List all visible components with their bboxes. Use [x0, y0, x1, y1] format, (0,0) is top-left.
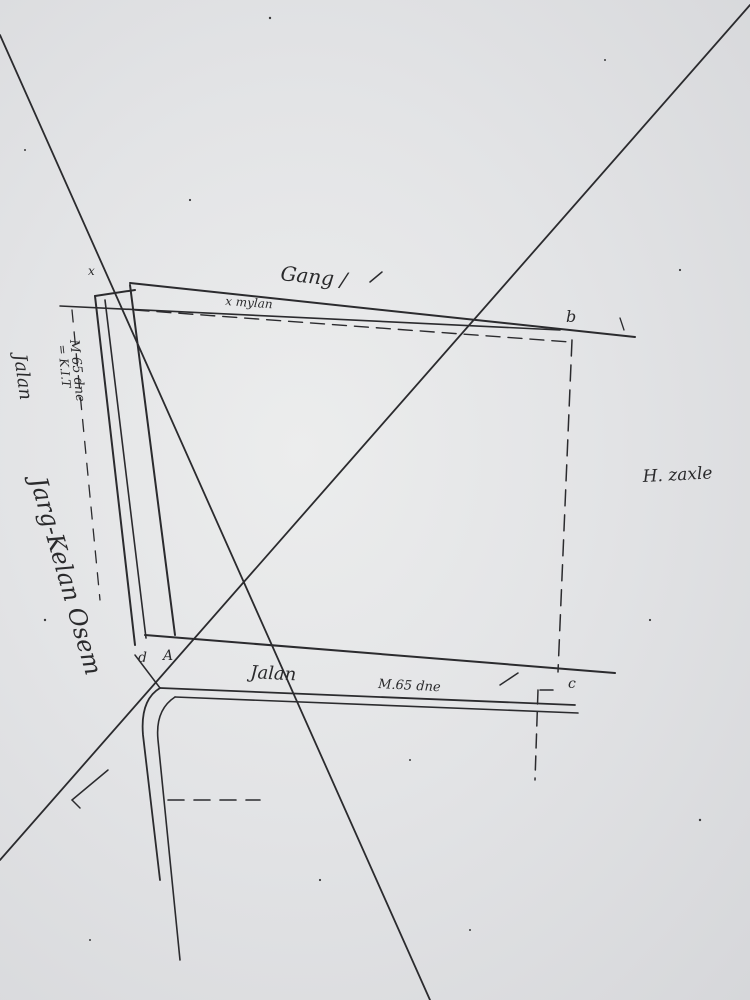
label-south-road: Jalan — [246, 662, 297, 686]
parcel-sketch: Gang / x mylan M 65 dne = K.I.T Jalan Ja… — [0, 0, 750, 1000]
label-corner-ne: b — [566, 307, 576, 326]
map-sheet: Gang / x mylan M 65 dne = K.I.T Jalan Ja… — [0, 0, 750, 1000]
label-north-sub: x mylan — [225, 294, 273, 311]
west-road-line-1 — [95, 296, 135, 645]
label-corner-nw: x — [88, 264, 95, 278]
label-west-road-prefix: Jalan — [8, 349, 36, 401]
south-boundary — [145, 635, 615, 673]
label-west-road: Jarg-Kelan Osem — [23, 469, 108, 678]
south-road-line-1 — [160, 688, 575, 705]
west-parcel-line — [130, 285, 175, 635]
label-corner-se: c — [568, 676, 576, 692]
label-north-road: Gang / — [279, 261, 350, 292]
diagonal-line-2 — [0, 5, 750, 860]
label-east-neighbor: H. zaxle — [641, 463, 713, 487]
label-corner-sw: d — [138, 650, 147, 666]
label-south-measure: M.65 dne — [377, 677, 442, 695]
road-curve — [143, 688, 160, 880]
east-boundary — [558, 340, 572, 672]
label-corner-sw2: A — [161, 648, 173, 664]
